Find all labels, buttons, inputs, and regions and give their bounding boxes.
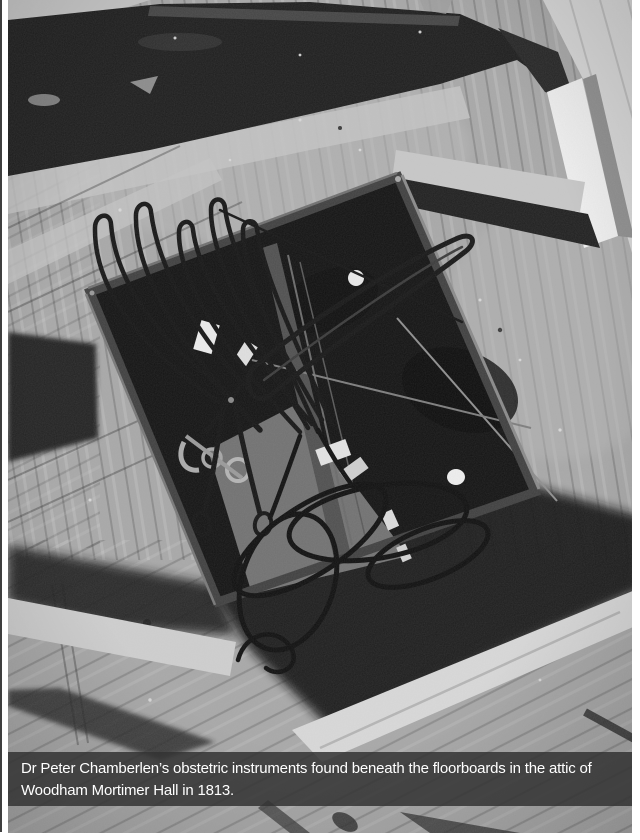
photo-caption: Dr Peter Chamberlen’s obstetric instrume…	[8, 752, 632, 806]
film-grain-overlay	[8, 0, 632, 833]
article-figure: Dr Peter Chamberlen’s obstetric instrume…	[0, 0, 640, 840]
attic-photo: Dr Peter Chamberlen’s obstetric instrume…	[8, 0, 632, 833]
caption-line-1: Dr Peter Chamberlen’s obstetric instrume…	[21, 758, 622, 780]
page-left-border	[0, 0, 2, 832]
photo-canvas	[8, 0, 632, 833]
caption-line-2: Woodham Mortimer Hall in 1813.	[21, 780, 622, 802]
